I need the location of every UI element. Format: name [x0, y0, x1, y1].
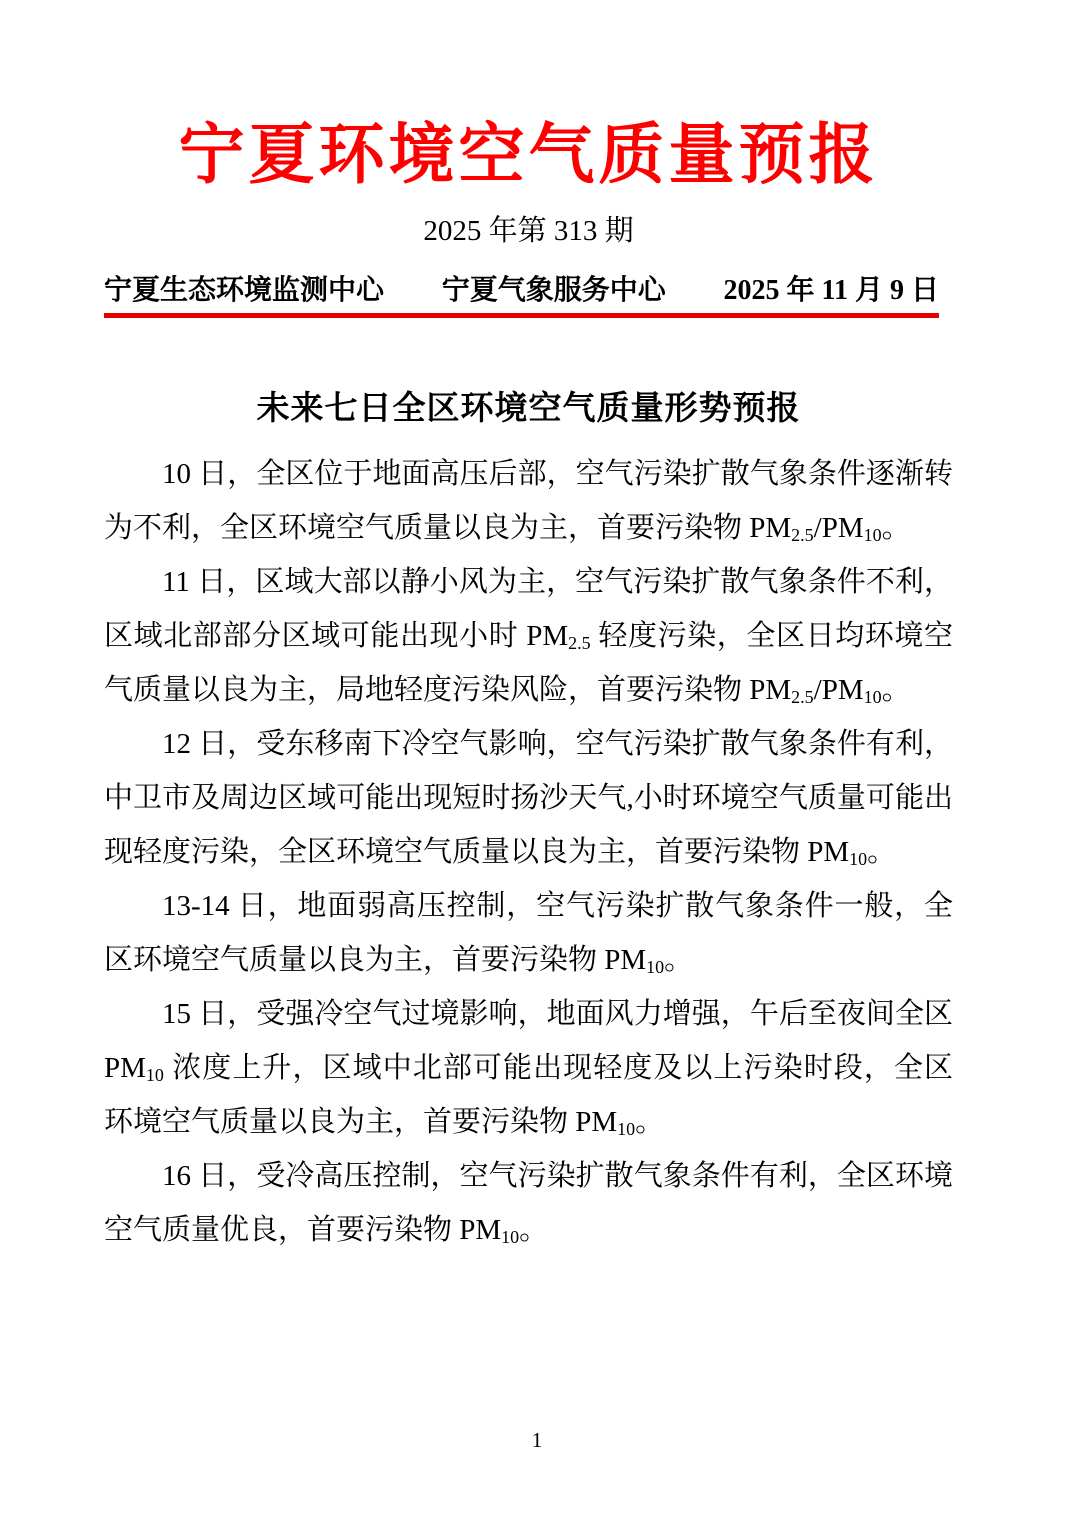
paragraph-text: /PM [814, 674, 864, 706]
pm-subscript: 2.5 [791, 525, 813, 545]
forecast-paragraph: 15 日，受强冷空气过境影响，地面风力增强，午后至夜间全区 PM10 浓度上升，… [104, 987, 953, 1149]
section-title: 未来七日全区环境空气质量形势预报 [104, 388, 953, 428]
pm-subscript: 10 [146, 1065, 164, 1085]
pm-subscript: 10 [849, 849, 867, 869]
masthead-row: 宁夏生态环境监测中心 宁夏气象服务中心 2025 年 11 月 9 日 [104, 275, 939, 307]
pm-subscript: 2.5 [568, 633, 590, 653]
pm-subscript: 10 [864, 525, 882, 545]
issue-date: 2025 年 11 月 9 日 [724, 275, 939, 307]
paragraph-text: 。 [867, 836, 896, 868]
issue-number: 2025 年第 313 期 [104, 214, 953, 249]
paragraph-text: /PM [814, 512, 864, 544]
forecast-paragraph: 13-14 日，地面弱高压控制，空气污染扩散气象条件一般，全区环境空气质量以良为… [104, 879, 953, 987]
paragraph-text: 。 [664, 944, 693, 976]
pm-subscript: 10 [617, 1119, 635, 1139]
forecast-paragraph: 12 日，受东移南下冷空气影响，空气污染扩散气象条件有利，中卫市及周边区域可能出… [104, 717, 953, 879]
pm-subscript: 10 [646, 957, 664, 977]
org-environment-monitoring-center: 宁夏生态环境监测中心 [104, 275, 384, 307]
forecast-paragraph: 10 日，全区位于地面高压后部，空气污染扩散气象条件逐渐转为不利，全区环境空气质… [104, 447, 953, 555]
pm-subscript: 2.5 [791, 687, 813, 707]
pm-subscript: 10 [864, 687, 882, 707]
paragraph-text: 。 [519, 1214, 548, 1246]
red-rule [104, 313, 939, 318]
paragraph-text: 。 [882, 512, 911, 544]
paragraph-text: 浓度上升，区域中北部可能出现轻度及以上污染时段，全区环境空气质量以良为主，首要污… [104, 1052, 953, 1138]
pm-subscript: 10 [501, 1227, 519, 1247]
paragraph-text: 12 日，受东移南下冷空气影响，空气污染扩散气象条件有利，中卫市及周边区域可能出… [104, 728, 953, 868]
page-number: 1 [0, 1428, 1074, 1453]
paragraph-text: 13-14 日，地面弱高压控制，空气污染扩散气象条件一般，全区环境空气质量以良为… [104, 890, 953, 976]
document-page: 宁夏环境空气质量预报 2025 年第 313 期 宁夏生态环境监测中心 宁夏气象… [0, 118, 1074, 1257]
paragraph-text: 。 [882, 674, 911, 706]
forecast-body: 10 日，全区位于地面高压后部，空气污染扩散气象条件逐渐转为不利，全区环境空气质… [104, 447, 953, 1257]
forecast-paragraph: 16 日，受冷高压控制，空气污染扩散气象条件有利，全区环境空气质量优良，首要污染… [104, 1149, 953, 1257]
paragraph-text: 。 [635, 1106, 664, 1138]
forecast-paragraph: 11 日，区域大部以静小风为主，空气污染扩散气象条件不利，区域北部部分区域可能出… [104, 555, 953, 717]
org-weather-service-center: 宁夏气象服务中心 [442, 275, 666, 307]
document-title: 宁夏环境空气质量预报 [104, 118, 953, 194]
